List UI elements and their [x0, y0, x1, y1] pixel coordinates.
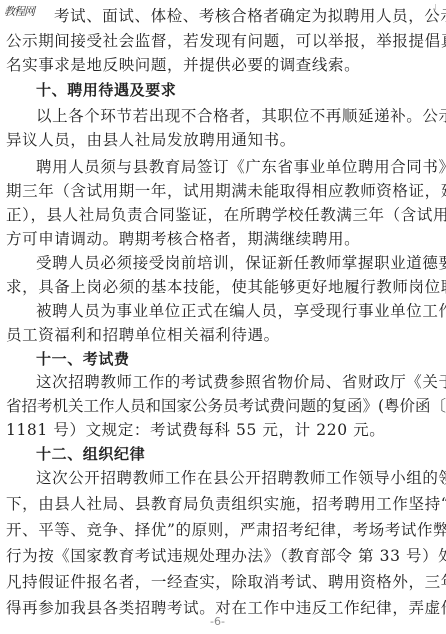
watermark: 教程网: [4, 3, 34, 19]
text-line: 开、平等、竞争、择优”的原则，严肃招考纪律，考场考试作弊违规: [6, 520, 446, 540]
text-line: 1181 号）文规定：考试费每科 55 元，计 220 元。: [6, 420, 385, 440]
text-line: 这次招聘教师工作的考试费参照省物价局、省财政厅《关于广东: [36, 372, 446, 392]
text-line: 凡持假证件报名者，一经查实，除取消考试、聘用资格外，三年内不: [6, 572, 446, 592]
text-line: 正），县人社局负责合同鉴证，在所聘学校任教满三年（含试用期）: [6, 205, 446, 225]
section-heading: 十、聘用待遇及要求: [36, 80, 176, 100]
text-line: 得再参加我县各类招聘考试。对在工作中违反工作纪律，弄虚作假、: [6, 598, 446, 618]
text-line: 求，具备上岗必须的基本技能，使其能够更好地履行教师岗位职责。: [6, 277, 446, 297]
text-line: 这次公开招聘教师工作在县公开招聘教师工作领导小组的领导: [36, 468, 446, 488]
section-heading: 十一、考试费: [36, 349, 130, 369]
text-line: 异议人员，由县人社局发放聘用通知书。: [6, 130, 296, 150]
text-line: 以上各个环节若出现不合格者，其职位不再顺延递补。公示无: [36, 106, 446, 126]
text-line: 聘用人员须与县教育局签订《广东省事业单位聘用合同书》，聘: [36, 157, 446, 177]
text-line: 行为按《国家教育考试违规处理办法》（教育部令 第 33 号）处理。: [6, 546, 446, 566]
page-number: -6-: [210, 615, 225, 628]
text-line: 受聘人员必须接受岗前培训，保证新任教师掌握职业道德要: [36, 253, 446, 273]
text-line: 省招考机关工作人员和国家公务员考试费问题的复函》(粤价函〔2011〕: [6, 396, 446, 416]
text-line: 下，由县人社局、县教育局负责组织实施，招考聘用工作坚持“公: [6, 494, 446, 514]
section-heading: 十二、组织纪律: [36, 444, 145, 464]
document-page: 教程网 考试、面试、体检、考核合格者确定为拟聘用人员，公示 7 天。 公示期间接…: [0, 0, 446, 634]
text-line: 考试、面试、体检、考核合格者确定为拟聘用人员，公示 7 天。: [54, 6, 446, 26]
text-line: 员工资福利和招聘单位相关福利待遇。: [6, 325, 280, 345]
text-line: 名实事求是地反映问题，并提供必要的调查线索。: [6, 55, 360, 75]
text-line: 公示期间接受社会监督，若发现有问题，可以举报，举报提倡真实姓: [6, 31, 446, 51]
text-line: 期三年（含试用期一年，试用期满未能取得相应教师资格证，延期转: [6, 181, 446, 201]
text-line: 被聘人员为事业单位正式在编人员，享受现行事业单位工作人: [36, 301, 446, 321]
text-line: 方可申请调动。聘期考核合格者，期满继续聘用。: [6, 229, 360, 249]
